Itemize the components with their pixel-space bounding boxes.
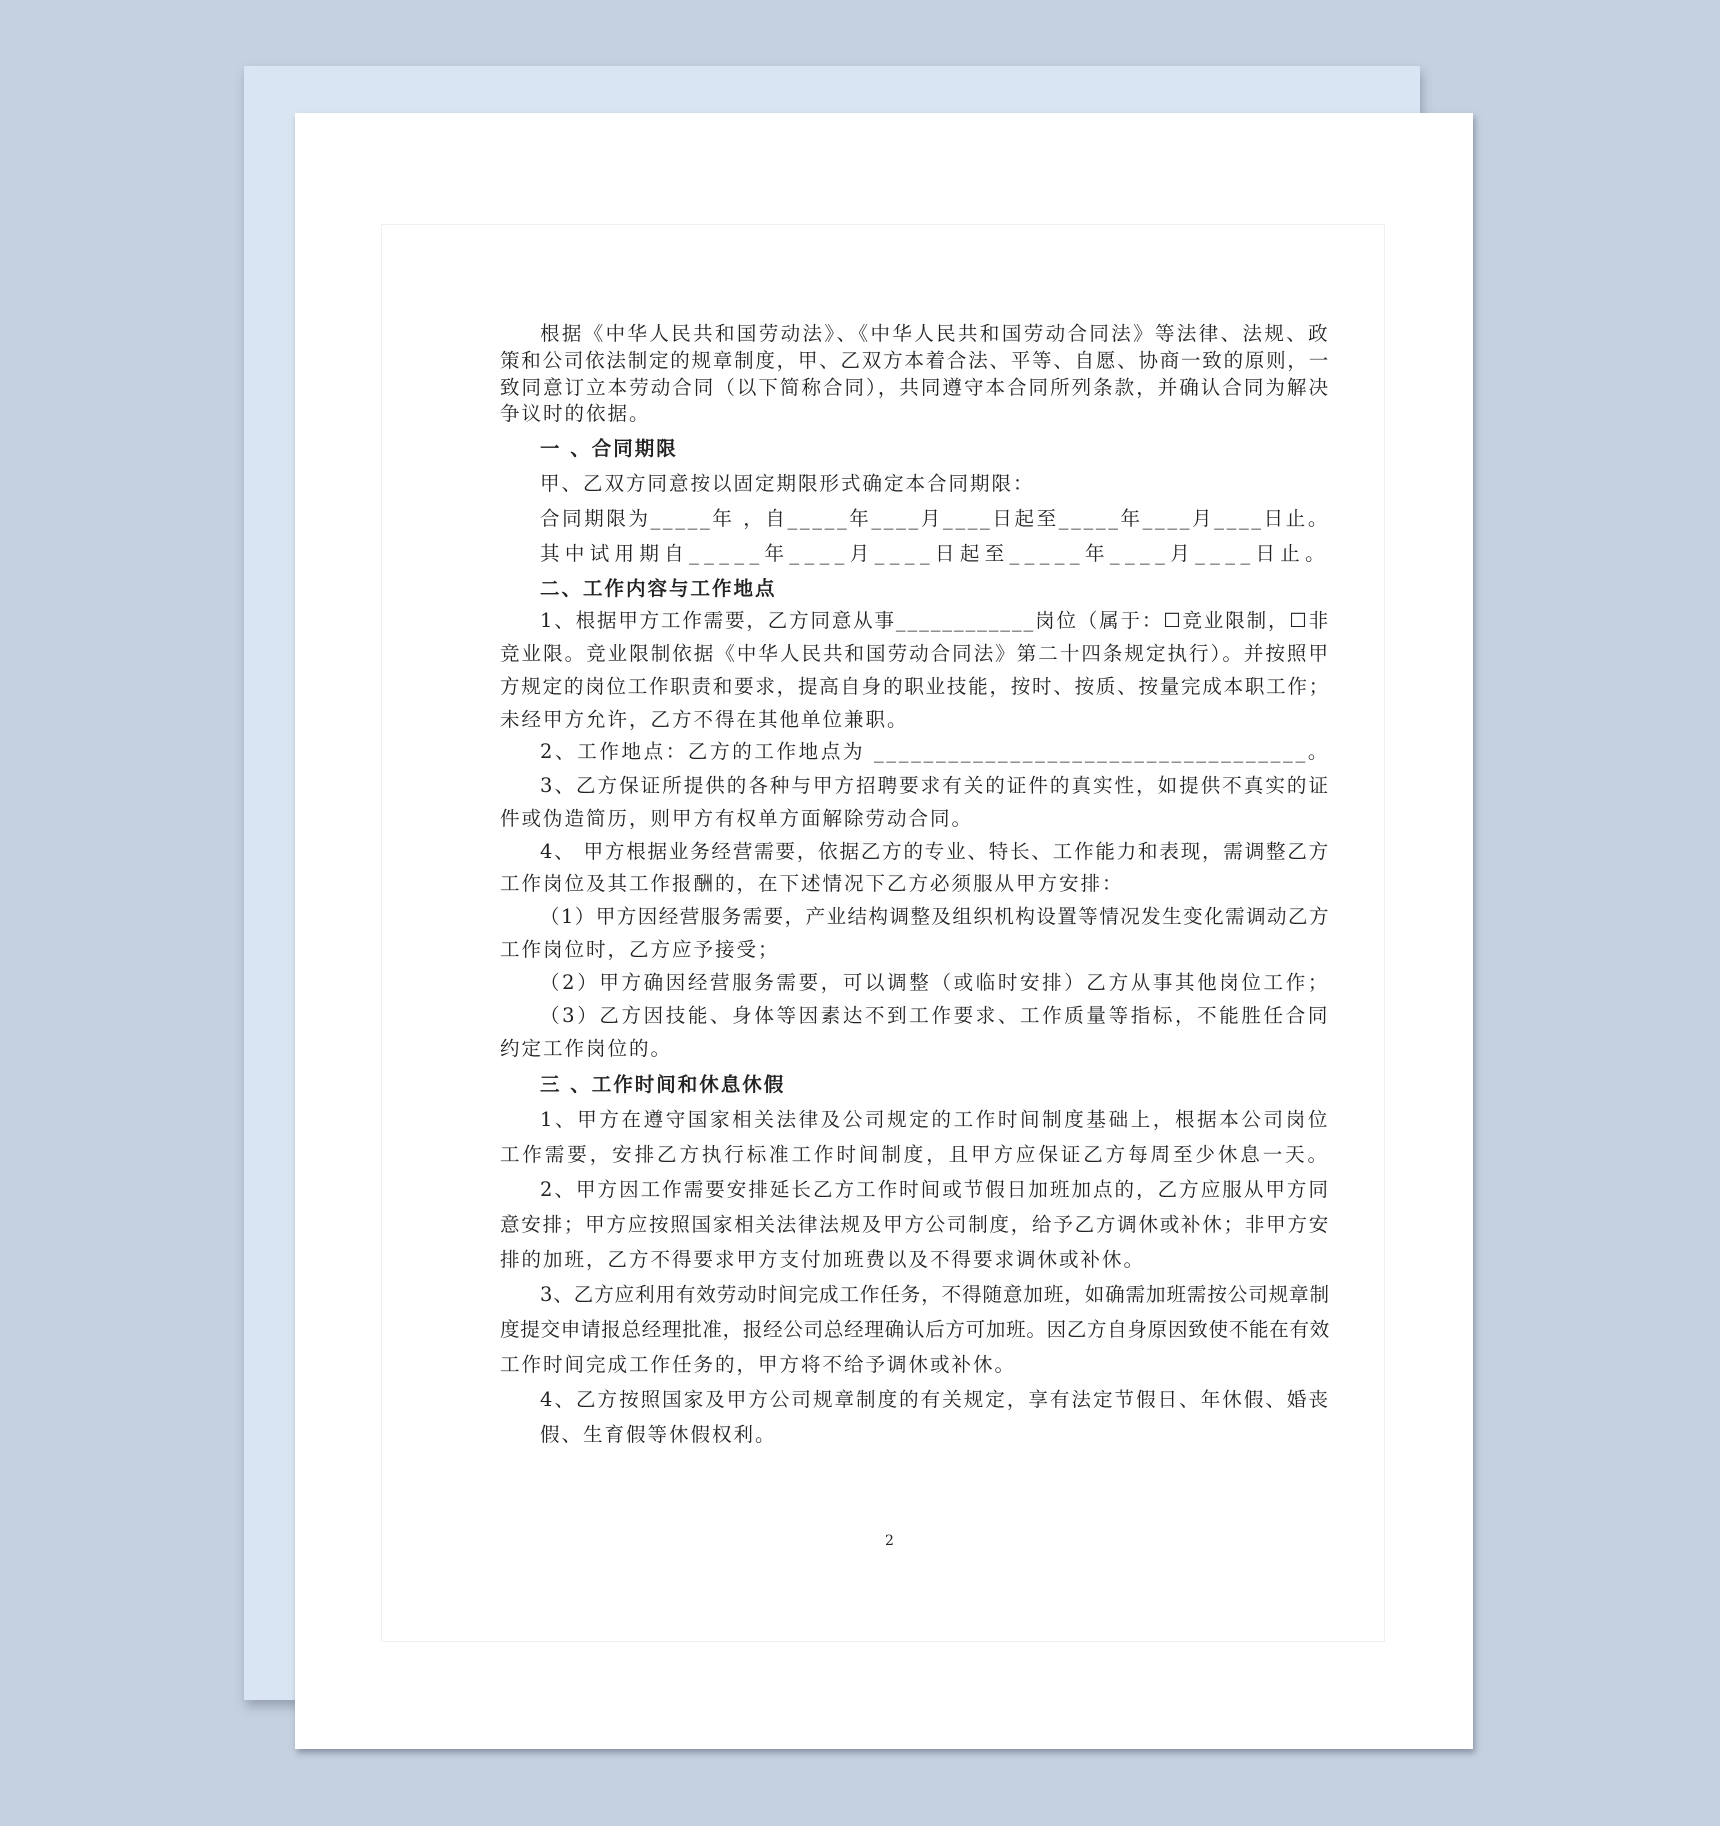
text-line: 竞业限。竞业限制依据《中华人民共和国劳动合同法》第二十四条规定执行）。并按照甲 — [500, 638, 1330, 666]
text-line: 工作需要，安排乙方执行标准工作时间制度，且甲方应保证乙方每周至少休息一天。 — [500, 1139, 1330, 1167]
text-line: 工作岗位及其工作报酬的，在下述情况下乙方必须服从甲方安排： — [500, 868, 1124, 896]
text-line: 合同期限为_____年 ，自_____年____月____日起至_____年__… — [540, 503, 1330, 531]
page-number: 2 — [885, 1533, 894, 1549]
section-heading: 一 、合同期限 — [540, 433, 678, 461]
text-line: 约定工作岗位的。 — [500, 1033, 672, 1061]
text-line: 1、甲方在遵守国家相关法律及公司规定的工作时间制度基础上，根据本公司岗位 — [540, 1104, 1330, 1132]
text-line: 假、生育假等休假权利。 — [540, 1419, 777, 1447]
text-line: 2、工作地点：乙方的工作地点为 ________________________… — [540, 736, 1330, 764]
text-line: 4、 甲方根据业务经营需要，依据乙方的专业、特长、工作能力和表现，需调整乙方 — [540, 836, 1330, 864]
section-heading: 三 、工作时间和休息休假 — [540, 1069, 785, 1097]
text-line: 3、乙方应利用有效劳动时间完成工作任务，不得随意加班，如确需加班需按公司规章制 — [540, 1279, 1330, 1307]
text-line: （1）甲方因经营服务需要，产业结构调整及组织机构设置等情况发生变化需调动乙方 — [540, 901, 1330, 929]
text-line: 甲、乙双方同意按以固定期限形式确定本合同期限： — [540, 468, 1035, 496]
text-line: 方规定的岗位工作职责和要求，提高自身的职业技能，按时、按质、按量完成本职工作； — [500, 671, 1330, 699]
text-line: 件或伪造简历，则甲方有权单方面解除劳动合同。 — [500, 803, 973, 831]
text-line: 根据《中华人民共和国劳动法》、《中华人民共和国劳动合同法》等法律、法规、政 — [540, 318, 1330, 346]
section-heading: 二、工作内容与工作地点 — [540, 573, 777, 601]
text-line: 致同意订立本劳动合同（以下简称合同），共同遵守本合同所列条款，并确认合同为解决 — [500, 372, 1330, 400]
front-page-sheet: 根据《中华人民共和国劳动法》、《中华人民共和国劳动合同法》等法律、法规、政策和公… — [295, 113, 1473, 1749]
text-line: 1、根据甲方工作需要，乙方同意从事____________岗位（属于：☐竞业限制… — [540, 605, 1330, 633]
text-line: 2、甲方因工作需要安排延长乙方工作时间或节假日加班加点的，乙方应服从甲方同 — [540, 1174, 1330, 1202]
text-line: 争议时的依据。 — [500, 398, 651, 426]
page-margin-frame — [381, 224, 1385, 1642]
text-line: 意安排；甲方应按照国家相关法律法规及甲方公司制度，给予乙方调休或补休；非甲方安 — [500, 1209, 1330, 1237]
text-line: 度提交申请报总经理批准，报经公司总经理确认后方可加班。因乙方自身原因致使不能在有… — [500, 1314, 1330, 1342]
text-line: 其中试用期自_____年____月____日起至_____年____月____日… — [540, 538, 1330, 566]
text-line: 未经甲方允许，乙方不得在其他单位兼职。 — [500, 704, 909, 732]
text-line: 工作时间完成工作任务的，甲方将不给予调休或补休。 — [500, 1349, 1016, 1377]
text-line: （2）甲方确因经营服务需要，可以调整（或临时安排）乙方从事其他岗位工作； — [540, 967, 1330, 995]
text-line: （3）乙方因技能、身体等因素达不到工作要求、工作质量等指标，不能胜任合同 — [540, 1000, 1330, 1028]
text-line: 4、乙方按照国家及甲方公司规章制度的有关规定，享有法定节假日、年休假、婚丧 — [540, 1384, 1330, 1412]
text-line: 工作岗位时，乙方应予接受； — [500, 934, 780, 962]
text-line: 3、乙方保证所提供的各种与甲方招聘要求有关的证件的真实性，如提供不真实的证 — [540, 770, 1330, 798]
text-line: 排的加班，乙方不得要求甲方支付加班费以及不得要求调休或补休。 — [500, 1244, 1145, 1272]
text-line: 策和公司依法制定的规章制度，甲、乙双方本着合法、平等、自愿、协商一致的原则，一 — [500, 345, 1330, 373]
